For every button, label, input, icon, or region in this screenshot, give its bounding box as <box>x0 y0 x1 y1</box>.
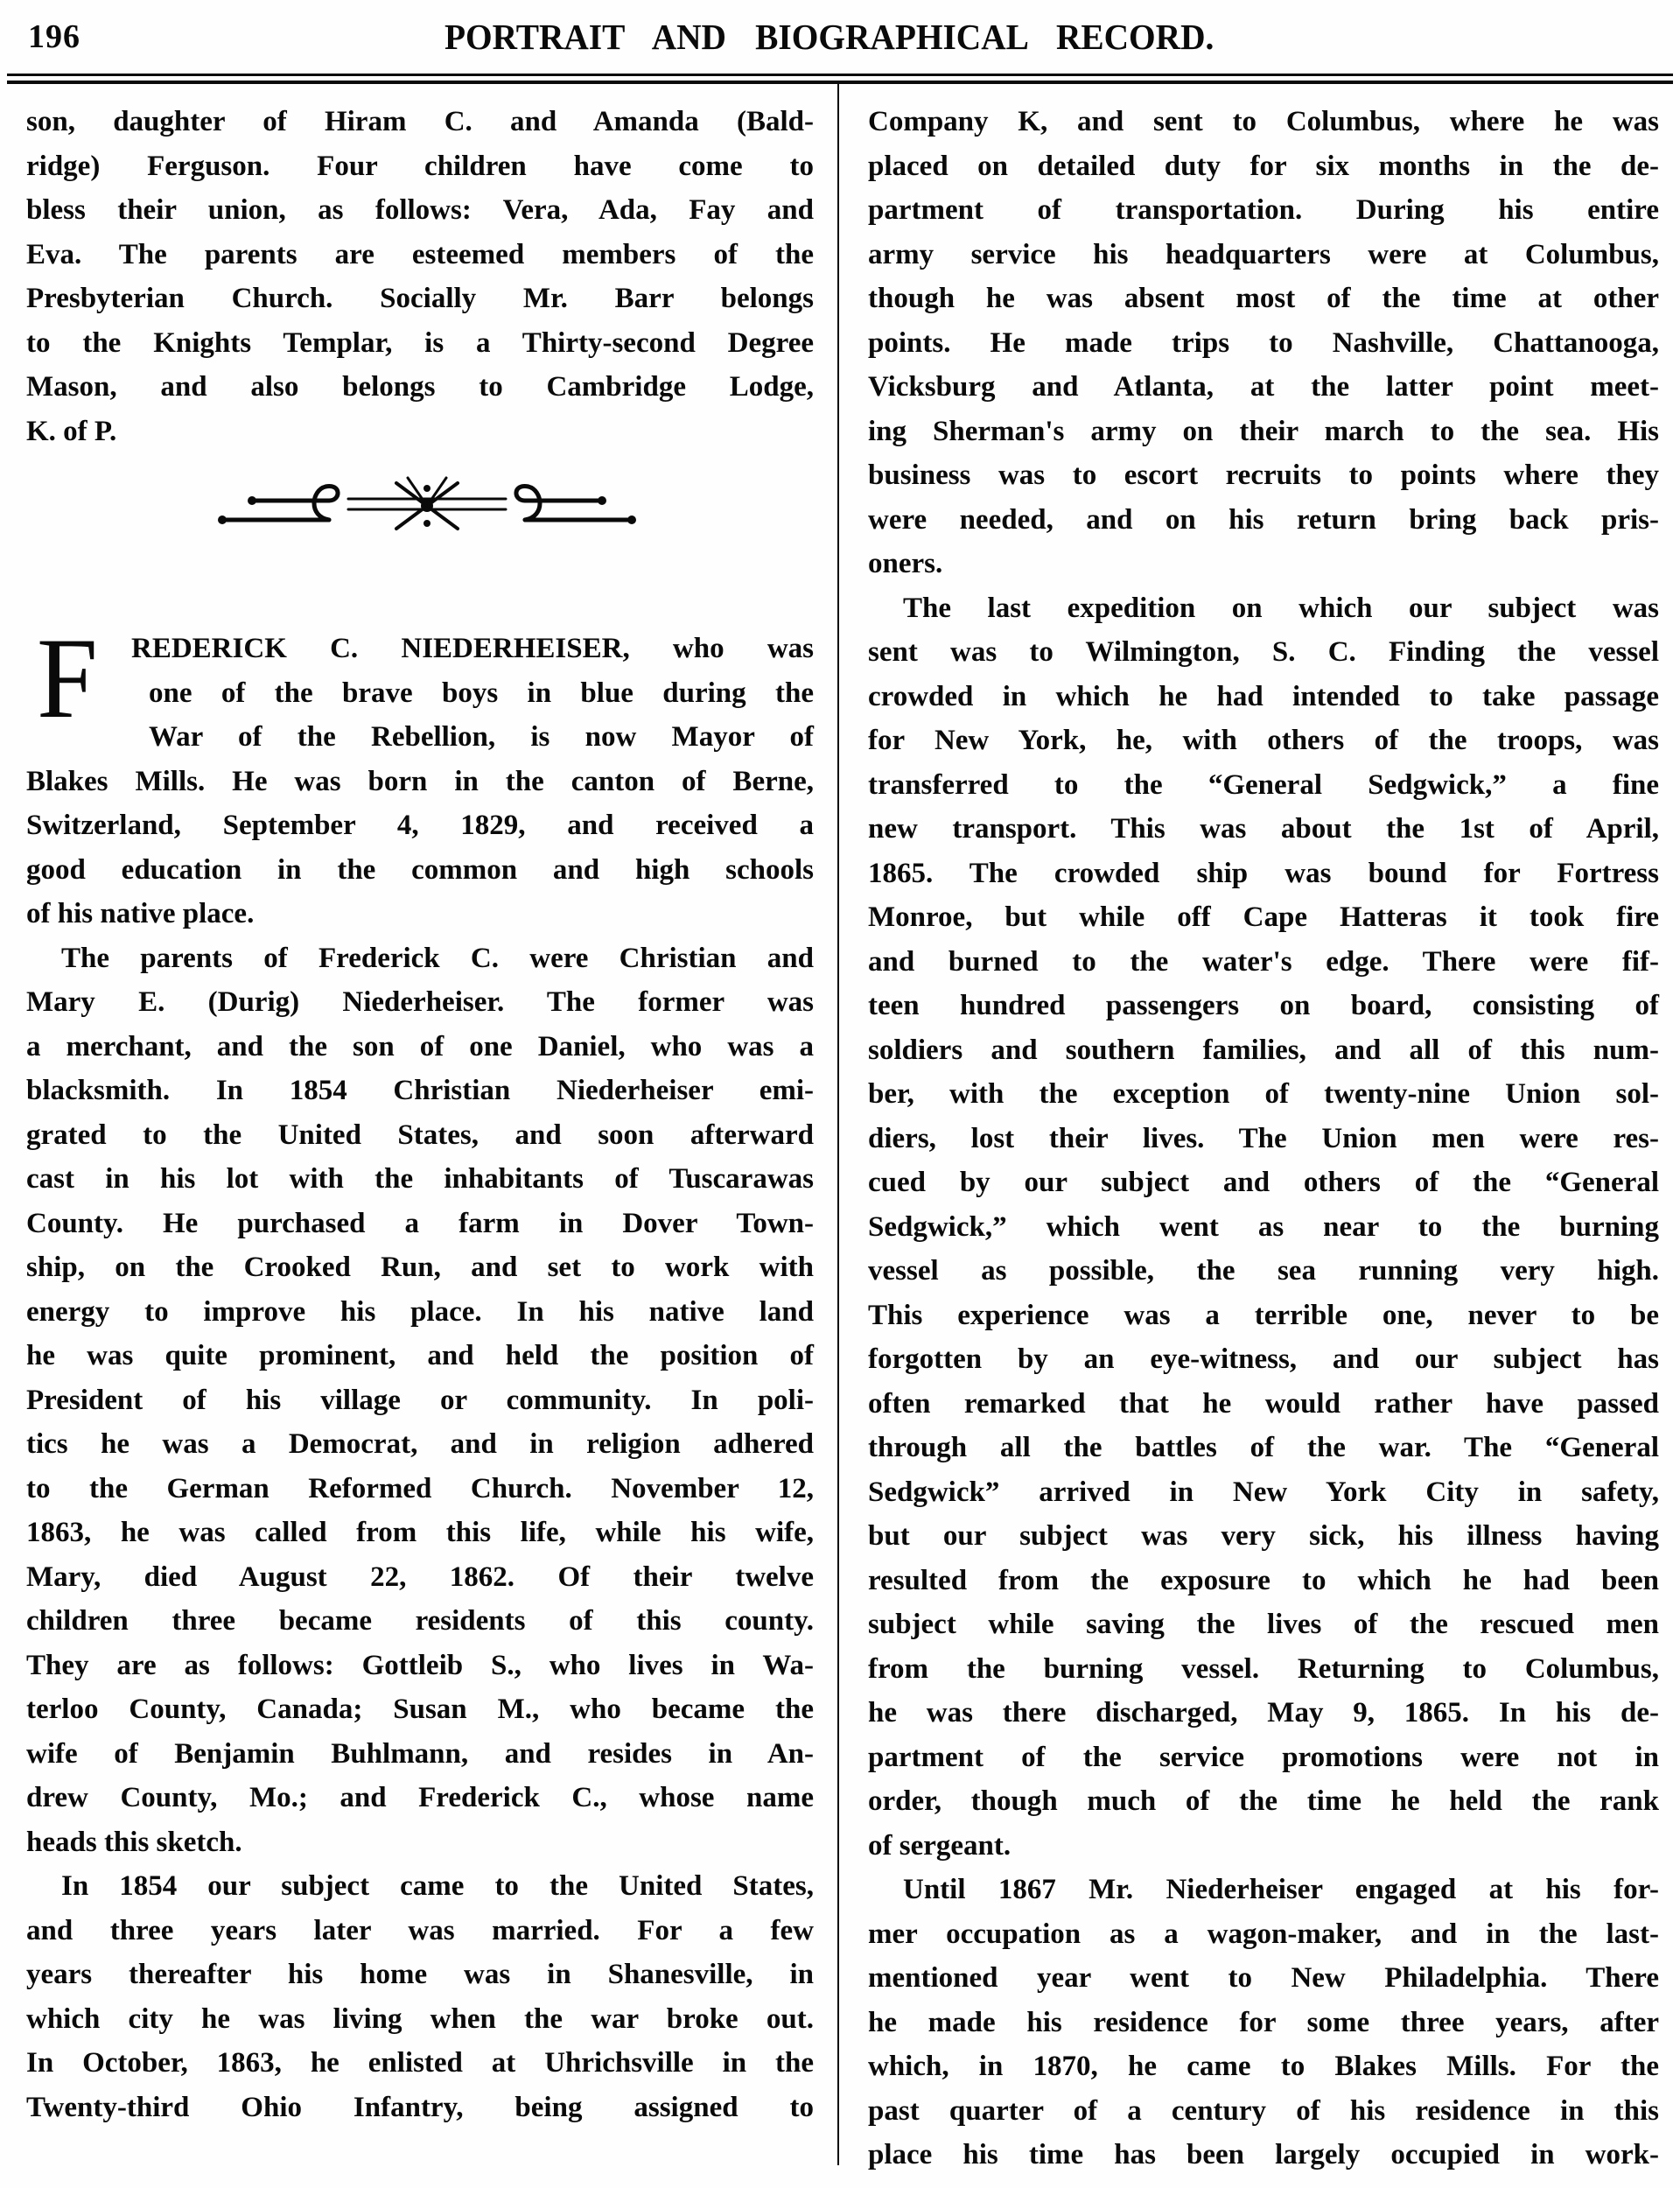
text-line: Company K, and sent to Columbus, where h… <box>868 100 1659 144</box>
text-line: placed on detailed duty for six months i… <box>868 144 1659 189</box>
text-line: terloo County, Canada; Susan M., who bec… <box>26 1687 814 1732</box>
biography-opening: F REDERICK C. NIEDERHEISER, who wasone o… <box>26 627 814 936</box>
right-column: Company K, and sent to Columbus, where h… <box>868 100 1659 2177</box>
drop-cap-initial: F <box>37 630 98 726</box>
text-line: son, daughter of Hiram C. and Amanda (Ba… <box>26 100 814 144</box>
header-rule-bottom <box>7 81 1673 84</box>
text-line: new transport. This was about the 1st of… <box>868 807 1659 852</box>
text-line: energy to improve his place. In his nati… <box>26 1290 814 1335</box>
column-divider <box>837 84 839 2165</box>
text-line: mer occupation as a wagon-maker, and in … <box>868 1912 1659 1957</box>
text-line: teen hundred passengers on board, consis… <box>868 984 1659 1028</box>
text-line: past quarter of a century of his residen… <box>868 2089 1659 2134</box>
text-line: which city he was living when the war br… <box>26 1997 814 2042</box>
text-line: for New York, he, with others of the tro… <box>868 719 1659 763</box>
text-line: cued by our subject and others of the “G… <box>868 1161 1659 1205</box>
text-line: Mary E. (Durig) Niederheiser. The former… <box>26 980 814 1025</box>
text-line: ridge) Ferguson. Four children have come… <box>26 144 814 189</box>
text-line: K. of P. <box>26 410 814 454</box>
text-line: 1865. The crowded ship was bound for For… <box>868 852 1659 896</box>
text-line: one of the brave boys in blue during the <box>26 671 814 716</box>
text-line: Mason, and also belongs to Cambridge Lod… <box>26 365 814 410</box>
text-line: often remarked that he would rather have… <box>868 1382 1659 1427</box>
text-line: a merchant, and the son of one Daniel, w… <box>26 1025 814 1069</box>
text-line: to the Knights Templar, is a Thirty-seco… <box>26 321 814 366</box>
text-line: sent was to Wilmington, S. C. Finding th… <box>868 630 1659 675</box>
text-line: good education in the common and high sc… <box>26 848 814 893</box>
text-line: In 1854 our subject came to the United S… <box>26 1864 814 1909</box>
paragraph-army-service: Company K, and sent to Columbus, where h… <box>868 100 1659 586</box>
text-line: grated to the United States, and soon af… <box>26 1113 814 1158</box>
text-line: War of the Rebellion, is now Mayor of <box>26 715 814 760</box>
text-line: partment of transportation. During his e… <box>868 188 1659 233</box>
text-line: Sedgwick,” which went as near to the bur… <box>868 1205 1659 1250</box>
text-line: ship, on the Crooked Run, and set to wor… <box>26 1245 814 1290</box>
text-line: bless their union, as follows: Vera, Ada… <box>26 188 814 233</box>
text-line: he made his residence for some three yea… <box>868 2001 1659 2045</box>
text-line: and burned to the water's edge. There we… <box>868 940 1659 985</box>
text-line: Sedgwick” arrived in New York City in sa… <box>868 1470 1659 1515</box>
text-line: of his native place. <box>26 892 814 936</box>
text-line: ing Sherman's army on their march to the… <box>868 410 1659 454</box>
paragraph-introduction: REDERICK C. NIEDERHEISER, who wasone of … <box>26 627 814 936</box>
text-line: and three years later was married. For a… <box>26 1909 814 1953</box>
text-line: heads this sketch. <box>26 1820 814 1865</box>
text-line: oners. <box>868 542 1659 586</box>
text-line: from the burning vessel. Returning to Co… <box>868 1647 1659 1692</box>
text-line: cast in his lot with the inhabitants of … <box>26 1157 814 1202</box>
text-line: blacksmith. In 1854 Christian Niederheis… <box>26 1069 814 1113</box>
text-line: place his time has been largely occupied… <box>868 2133 1659 2177</box>
text-line: through all the battles of the war. The … <box>868 1426 1659 1470</box>
text-line: In October, 1863, he enlisted at Uhrichs… <box>26 2041 814 2086</box>
text-line: The parents of Frederick C. were Christi… <box>26 936 814 981</box>
text-line: Presbyterian Church. Socially Mr. Barr b… <box>26 277 814 321</box>
text-line: though he was absent most of the time at… <box>868 277 1659 321</box>
text-line: ber, with the exception of twenty-nine U… <box>868 1072 1659 1117</box>
text-line: to the German Reformed Church. November … <box>26 1467 814 1511</box>
text-line: vessel as possible, the sea running very… <box>868 1249 1659 1294</box>
text-line: soldiers and southern families, and all … <box>868 1028 1659 1073</box>
scroll-flourish-ornament-icon <box>217 471 637 532</box>
text-line: Blakes Mills. He was born in the canton … <box>26 760 814 804</box>
text-line: which, in 1870, he came to Blakes Mills.… <box>868 2044 1659 2089</box>
text-line: army service his headquarters were at Co… <box>868 233 1659 277</box>
text-line: Switzerland, September 4, 1829, and rece… <box>26 803 814 848</box>
section-separator <box>26 453 814 593</box>
text-line: order, though much of the time he held t… <box>868 1779 1659 1824</box>
text-line: Vicksburg and Atlanta, at the latter poi… <box>868 365 1659 410</box>
text-line: transferred to the “General Sedgwick,” a… <box>868 763 1659 808</box>
text-line: points. He made trips to Nashville, Chat… <box>868 321 1659 366</box>
text-line: REDERICK C. NIEDERHEISER, who was <box>26 627 814 671</box>
text-line: but our subject was very sick, his illne… <box>868 1514 1659 1559</box>
text-line: Eva. The parents are esteemed members of… <box>26 233 814 277</box>
left-column: son, daughter of Hiram C. and Amanda (Ba… <box>26 100 814 2129</box>
running-title: PORTRAIT AND BIOGRAPHICAL RECORD. <box>444 19 1214 54</box>
text-line: County. He purchased a farm in Dover Tow… <box>26 1202 814 1246</box>
text-line: were needed, and on his return bring bac… <box>868 498 1659 543</box>
text-line: children three became residents of this … <box>26 1599 814 1644</box>
text-line: wife of Benjamin Buhlmann, and resides i… <box>26 1732 814 1777</box>
text-line: he was there discharged, May 9, 1865. In… <box>868 1691 1659 1736</box>
text-line: he was quite prominent, and held the pos… <box>26 1334 814 1378</box>
paragraph-barr-family: son, daughter of Hiram C. and Amanda (Ba… <box>26 100 814 453</box>
text-line: They are as follows: Gottleib S., who li… <box>26 1644 814 1688</box>
text-line: Monroe, but while off Cape Hatteras it t… <box>868 895 1659 940</box>
paragraph-general-sedgwick: The last expedition on which our subject… <box>868 586 1659 1869</box>
book-page: 196 PORTRAIT AND BIOGRAPHICAL RECORD. so… <box>0 0 1680 2188</box>
spacer <box>26 593 814 627</box>
text-line: business was to escort recruits to point… <box>868 453 1659 498</box>
text-line: partment of the service promotions were … <box>868 1736 1659 1780</box>
text-line: This experience was a terrible one, neve… <box>868 1294 1659 1338</box>
header-rule-top <box>7 74 1673 76</box>
text-line: diers, lost their lives. The Union men w… <box>868 1117 1659 1161</box>
text-line: 1863, he was called from this life, whil… <box>26 1511 814 1555</box>
text-line: resulted from the exposure to which he h… <box>868 1559 1659 1603</box>
text-line: tics he was a Democrat, and in religion … <box>26 1422 814 1467</box>
text-line: President of his village or community. I… <box>26 1378 814 1423</box>
text-line: years thereafter his home was in Shanesv… <box>26 1953 814 1997</box>
text-line: subject while saving the lives of the re… <box>868 1602 1659 1647</box>
paragraph-parents: The parents of Frederick C. were Christi… <box>26 936 814 1865</box>
text-line: forgotten by an eye-witness, and our sub… <box>868 1337 1659 1382</box>
paragraph-later-life: Until 1867 Mr. Niederheiser engaged at h… <box>868 1868 1659 2177</box>
paragraph-marriage-enlistment: In 1854 our subject came to the United S… <box>26 1864 814 2129</box>
text-line: drew County, Mo.; and Frederick C., whos… <box>26 1776 814 1820</box>
text-line: of sergeant. <box>868 1824 1659 1869</box>
text-line: Mary, died August 22, 1862. Of their twe… <box>26 1555 814 1600</box>
text-line: crowded in which he had intended to take… <box>868 675 1659 719</box>
page-number: 196 <box>28 19 80 54</box>
text-line: The last expedition on which our subject… <box>868 586 1659 631</box>
text-line: mentioned year went to New Philadelphia.… <box>868 1956 1659 2001</box>
text-line: Twenty-third Ohio Infantry, being assign… <box>26 2086 814 2130</box>
text-line: Until 1867 Mr. Niederheiser engaged at h… <box>868 1868 1659 1912</box>
